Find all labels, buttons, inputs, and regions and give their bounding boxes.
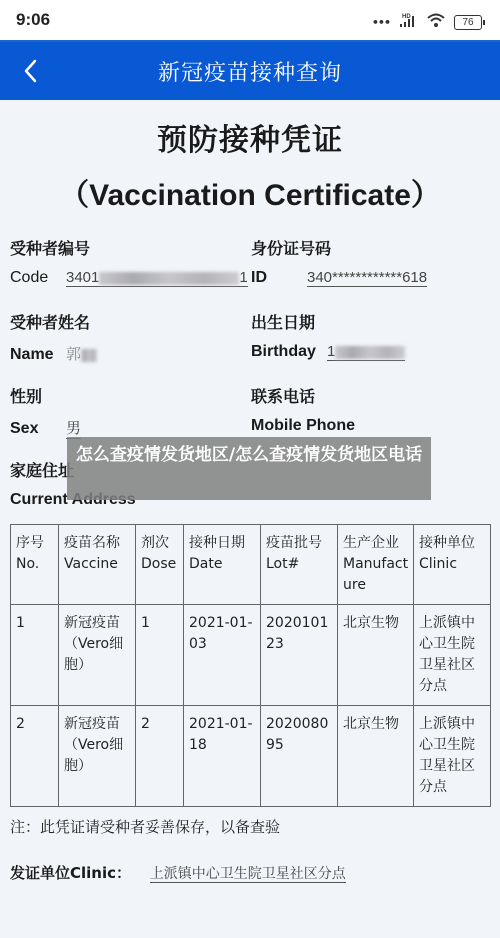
cell-manufacture: 北京生物 bbox=[338, 706, 414, 807]
field-label-cn: 性别 bbox=[10, 384, 81, 407]
cell-no: 1 bbox=[11, 605, 59, 706]
vaccination-table: 序号No. 疫苗名称Vaccine 剂次Dose 接种日期Date 疫苗批号Lo… bbox=[10, 524, 491, 807]
field-label-cn: 受种者编号 bbox=[10, 236, 248, 259]
more-dots-icon: ••• bbox=[372, 16, 390, 29]
header-date: 接种日期Date bbox=[184, 525, 261, 605]
header-no: 序号No. bbox=[11, 525, 59, 605]
header-clinic: 接种单位Clinic bbox=[414, 525, 491, 605]
issuer-link[interactable]: 上派镇中心卫生院卫星社区分点 bbox=[150, 866, 346, 883]
sex-value: 男 bbox=[66, 417, 81, 439]
cell-dose: 2 bbox=[136, 706, 184, 807]
field-sex: 性别 Sex 男 bbox=[10, 384, 81, 439]
cell-vaccine: 新冠疫苗（Vero细胞） bbox=[59, 605, 136, 706]
wifi-icon bbox=[426, 12, 446, 32]
status-icons: ••• HD 76 bbox=[372, 12, 482, 32]
nav-bar: 新冠疫苗接种查询 bbox=[0, 40, 500, 100]
field-id: 身份证号码 ID 340************618 bbox=[251, 236, 427, 287]
header-lot: 疫苗批号Lot# bbox=[261, 525, 338, 605]
field-label-cn: 受种者姓名 bbox=[10, 310, 97, 333]
cell-lot: 202008095 bbox=[261, 706, 338, 807]
field-phone: 联系电话 Mobile Phone bbox=[251, 384, 355, 435]
name-value: 郭 bbox=[66, 343, 97, 364]
page-title: 新冠疫苗接种查询 bbox=[0, 56, 500, 87]
field-label-en: Birthday bbox=[251, 343, 327, 361]
issuer-label: 发证单位Clinic： bbox=[10, 864, 131, 882]
header-manufacture: 生产企业Manufacture bbox=[338, 525, 414, 605]
header-dose: 剂次Dose bbox=[136, 525, 184, 605]
certificate-note: 注：此凭证请受种者妥善保存，以备查验 bbox=[10, 816, 280, 837]
table-header-row: 序号No. 疫苗名称Vaccine 剂次Dose 接种日期Date 疫苗批号Lo… bbox=[11, 525, 491, 605]
cell-lot: 202010123 bbox=[261, 605, 338, 706]
status-time: 9:06 bbox=[16, 10, 50, 30]
cell-manufacture: 北京生物 bbox=[338, 605, 414, 706]
certificate-title: 预防接种凭证 bbox=[0, 115, 500, 159]
id-value[interactable]: 340************618 bbox=[307, 269, 427, 287]
overlay-banner: 怎么查疫情发货地区/怎么查疫情发货地区电话 bbox=[67, 437, 431, 500]
header-vaccine: 疫苗名称Vaccine bbox=[59, 525, 136, 605]
field-label-en: Sex bbox=[10, 420, 66, 438]
certificate-subtitle: （Vaccination Certificate） bbox=[0, 170, 500, 214]
field-birthday: 出生日期 Birthday 1 bbox=[251, 310, 405, 361]
redacted-mask bbox=[99, 272, 239, 285]
table-row: 1 新冠疫苗（Vero细胞） 1 2021-01-03 202010123 北京… bbox=[11, 605, 491, 706]
cell-date: 2021-01-03 bbox=[184, 605, 261, 706]
field-name: 受种者姓名 Name 郭 bbox=[10, 310, 97, 364]
table-row: 2 新冠疫苗（Vero细胞） 2 2021-01-18 202008095 北京… bbox=[11, 706, 491, 807]
field-label-en: Mobile Phone bbox=[251, 417, 355, 435]
field-label-cn: 身份证号码 bbox=[251, 236, 427, 259]
code-value[interactable]: 34011 bbox=[66, 269, 248, 287]
birthday-value[interactable]: 1 bbox=[327, 343, 405, 361]
cell-vaccine: 新冠疫苗（Vero细胞） bbox=[59, 706, 136, 807]
redacted-mask bbox=[81, 349, 97, 362]
field-label-en: Code bbox=[10, 269, 66, 287]
field-label-en: Name bbox=[10, 346, 66, 364]
field-label-cn: 联系电话 bbox=[251, 384, 355, 407]
cell-no: 2 bbox=[11, 706, 59, 807]
field-code: 受种者编号 Code 34011 bbox=[10, 236, 248, 287]
signal-icon: HD bbox=[398, 12, 418, 32]
redacted-mask bbox=[335, 346, 405, 359]
cell-clinic: 上派镇中心卫生院卫星社区分点 bbox=[414, 706, 491, 807]
field-label-cn: 出生日期 bbox=[251, 310, 405, 333]
cell-dose: 1 bbox=[136, 605, 184, 706]
cell-clinic: 上派镇中心卫生院卫星社区分点 bbox=[414, 605, 491, 706]
status-bar: 9:06 ••• HD 76 bbox=[0, 0, 500, 40]
battery-icon: 76 bbox=[454, 15, 482, 30]
issuer: 发证单位Clinic： 上派镇中心卫生院卫星社区分点 bbox=[10, 862, 346, 883]
cell-date: 2021-01-18 bbox=[184, 706, 261, 807]
field-label-en: ID bbox=[251, 269, 307, 287]
